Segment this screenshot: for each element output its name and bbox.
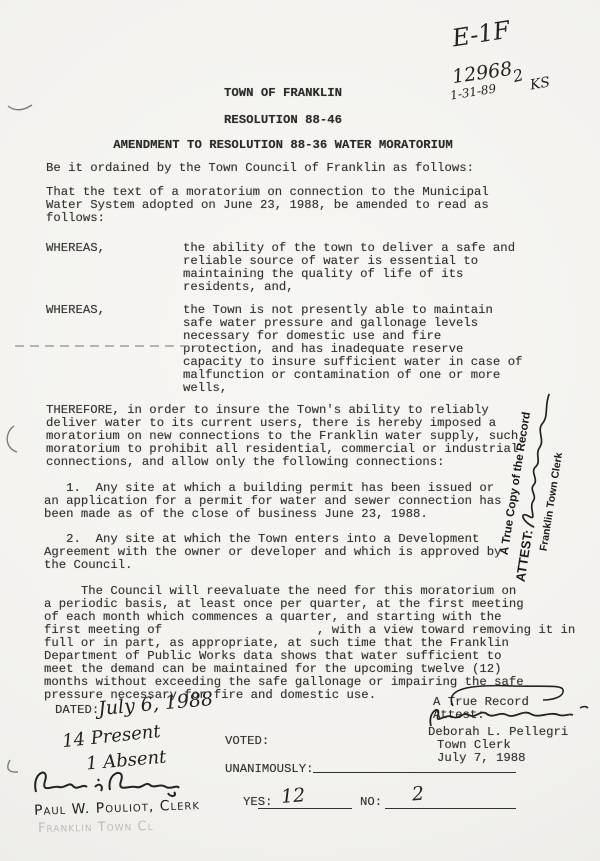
scanned-document-page: E-1F 12968 2 KS 1-31-89 TOWN OF FRANKLIN… bbox=[0, 0, 600, 861]
scan-artifacts bbox=[0, 0, 600, 861]
